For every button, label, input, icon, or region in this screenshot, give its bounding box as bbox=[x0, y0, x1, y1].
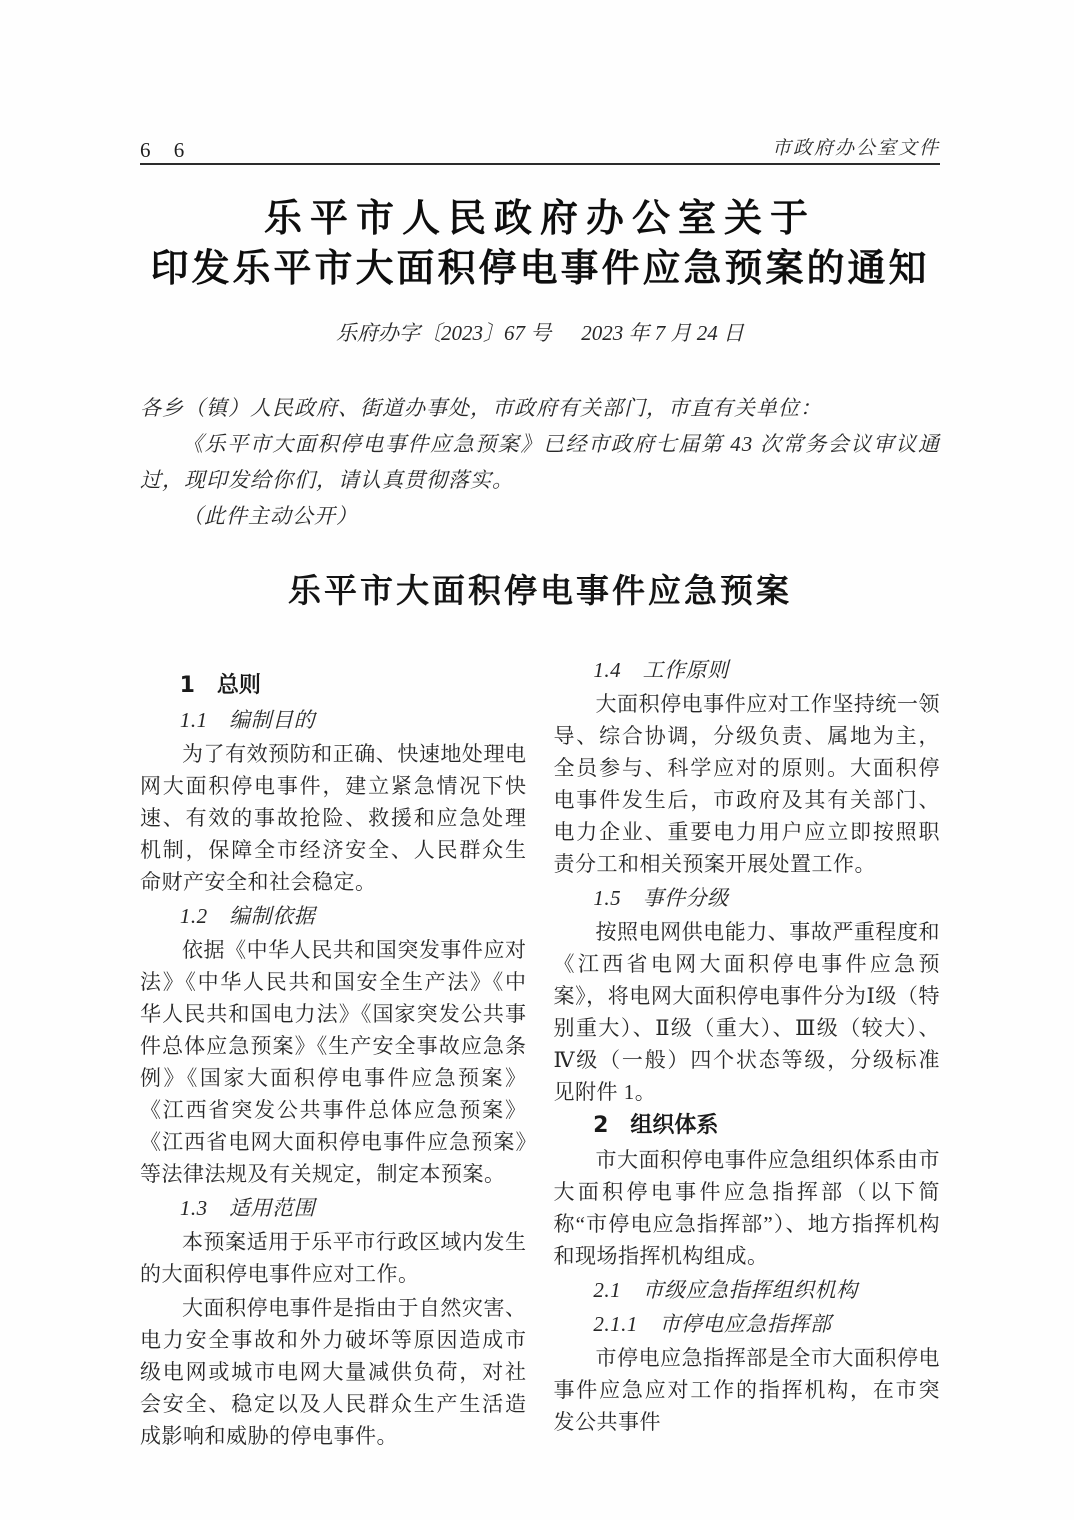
heading-2-1-1-command: 2.1.1 市停电应急指挥部 bbox=[554, 1308, 941, 1340]
heading-1-4-principles: 1.4 工作原则 bbox=[554, 654, 941, 686]
notice-body: 各乡（镇）人民政府、街道办事处，市政府有关部门，市直有关单位： 《乐平市大面积停… bbox=[140, 390, 940, 534]
notice-paragraph: 《乐平市大面积停电事件应急预案》已经市政府七届第 43 次常务会议审议通过，现印… bbox=[140, 426, 940, 498]
notice-title-line1: 乐平市人民政府办公室关于 bbox=[140, 194, 940, 244]
para-grading: 按照电网供电能力、事故严重程度和《江西省电网大面积停电事件应急预案》，将电网大面… bbox=[554, 916, 941, 1108]
page-number: 6 6 bbox=[140, 140, 193, 163]
para-principles: 大面积停电事件应对工作坚持统一领导、综合协调，分级负责、属地为主，全员参与、科学… bbox=[554, 688, 941, 880]
heading-1-2-basis: 1.2 编制依据 bbox=[140, 900, 527, 932]
plan-columns: 1 总则 1.1 编制目的 为了有效预防和正确、快速地处理电网大面积停电事件，建… bbox=[140, 654, 940, 1452]
plan-column-right: 1.4 工作原则 大面积停电事件应对工作坚持统一领导、综合协调，分级负责、属地为… bbox=[554, 654, 941, 1438]
notice-title-line2: 印发乐平市大面积停电事件应急预案的通知 bbox=[140, 244, 940, 294]
para-scope: 本预案适用于乐平市行政区域内发生的大面积停电事件应对工作。 bbox=[140, 1226, 527, 1290]
header-doc-label: 市政府办公室文件 bbox=[772, 139, 940, 163]
para-command-dept: 市停电应急指挥部是全市大面积停电事件应急应对工作的指挥机构，在市突发公共事件 bbox=[554, 1342, 941, 1438]
page-content: 6 6 市政府办公室文件 乐平市人民政府办公室关于 印发乐平市大面积停电事件应急… bbox=[0, 133, 1074, 1452]
para-basis: 依据《中华人民共和国突发事件应对法》《中华人民共和国安全生产法》《中华人民共和国… bbox=[140, 934, 527, 1190]
heading-1-1-purpose: 1.1 编制目的 bbox=[140, 704, 527, 736]
para-definition: 大面积停电事件是指由于自然灾害、电力安全事故和外力破坏等原因造成市级电网或城市电… bbox=[140, 1292, 527, 1452]
notice-title: 乐平市人民政府办公室关于 印发乐平市大面积停电事件应急预案的通知 bbox=[140, 194, 940, 294]
heading-1-3-scope: 1.3 适用范围 bbox=[140, 1192, 527, 1224]
plan-column-left: 1 总则 1.1 编制目的 为了有效预防和正确、快速地处理电网大面积停电事件，建… bbox=[140, 670, 527, 1452]
notice-disclosure-note: （此件主动公开） bbox=[140, 498, 940, 534]
page-header: 6 6 市政府办公室文件 bbox=[140, 133, 940, 165]
plan-title: 乐平市大面积停电事件应急预案 bbox=[140, 572, 940, 610]
heading-2-1-city-level: 2.1 市级应急指挥组织机构 bbox=[554, 1274, 941, 1306]
document-page: 6 6 市政府办公室文件 乐平市人民政府办公室关于 印发乐平市大面积停电事件应急… bbox=[0, 0, 1074, 1520]
notice-salutation: 各乡（镇）人民政府、街道办事处，市政府有关部门，市直有关单位： bbox=[140, 390, 940, 426]
doc-date: 2023 年 7 月 24 日 bbox=[581, 318, 744, 348]
para-org-system: 市大面积停电事件应急组织体系由市大面积停电事件应急指挥部（以下简称“市停电应急指… bbox=[554, 1144, 941, 1272]
para-purpose: 为了有效预防和正确、快速地处理电网大面积停电事件，建立紧急情况下快速、有效的事故… bbox=[140, 738, 527, 898]
heading-1-5-grading: 1.5 事件分级 bbox=[554, 882, 941, 914]
heading-1-general-rules: 1 总则 bbox=[140, 670, 527, 702]
doc-meta-line: 乐府办字〔2023〕67 号 2023 年 7 月 24 日 bbox=[140, 318, 940, 348]
doc-number: 乐府办字〔2023〕67 号 bbox=[336, 318, 551, 348]
heading-2-organization: 2 组织体系 bbox=[554, 1110, 941, 1142]
